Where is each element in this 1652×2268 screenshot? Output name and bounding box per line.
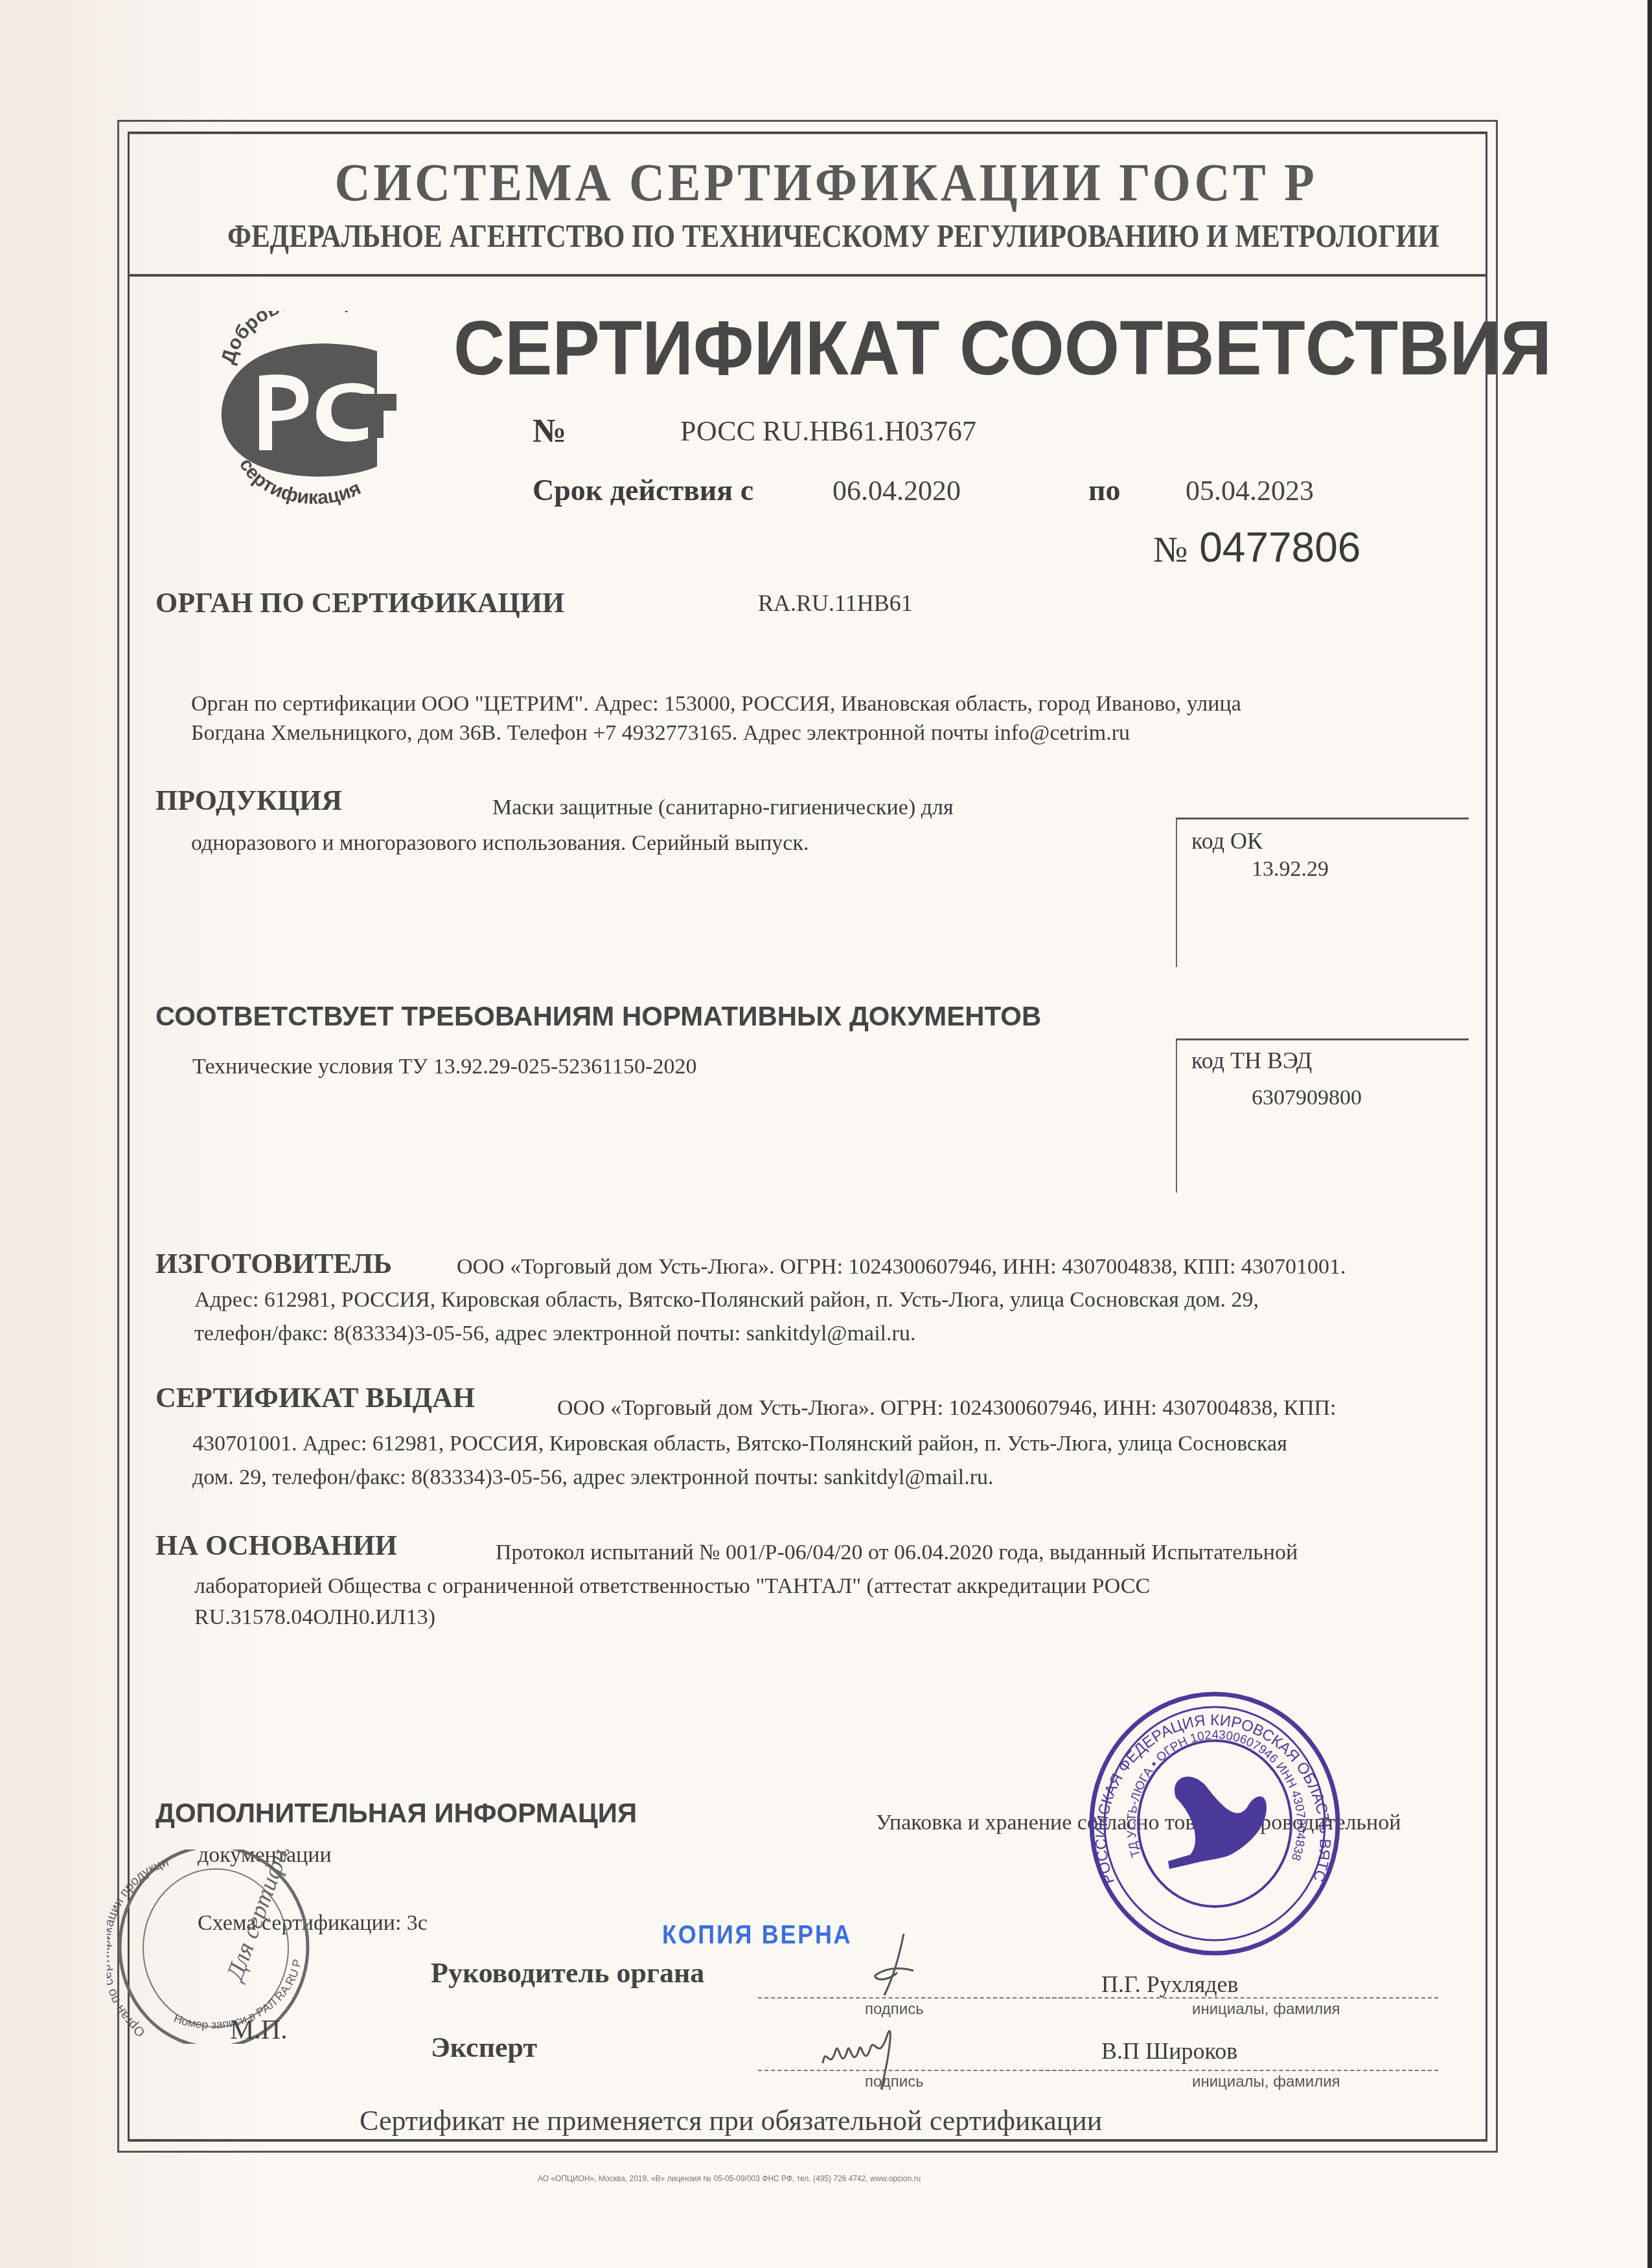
- form-number-label: №: [1153, 530, 1187, 570]
- certification-body-heading: ОРГАН ПО СЕРТИФИКАЦИИ: [155, 586, 564, 619]
- certificate-number: РОСС RU.НВ61.Н03767: [680, 415, 976, 448]
- head-signature-line: [758, 1997, 1082, 1999]
- okpd-code-box: код ОК 13.92.29: [1176, 818, 1469, 967]
- valid-from-date: 06.04.2020: [832, 474, 961, 507]
- gost-r-logo-icon: Добровольная сертификация: [207, 311, 415, 505]
- expert-label: Эксперт: [431, 2031, 537, 2064]
- header-divider: [128, 274, 1487, 277]
- agency-title: ФЕДЕРАЛЬНОЕ АГЕНТСТВО ПО ТЕХНИЧЕСКОМУ РЕ…: [227, 217, 1389, 255]
- manufacturer-line-1: ООО «Торговый дом Усть-Люга». ОГРН: 1024…: [457, 1255, 1346, 1279]
- head-of-body-label: Руководитель органа: [431, 1956, 704, 1989]
- expert-name: В.П Широков: [1101, 2037, 1237, 2065]
- copy-certified-stamp: КОПИЯ ВЕРНА: [662, 1921, 852, 1950]
- manufacturer-line-3: телефон/факс: 8(83334)3-05-56, адрес эле…: [194, 1322, 915, 1346]
- head-name-line: [1040, 1997, 1438, 1999]
- scan-edge: [1647, 0, 1652, 2268]
- product-heading: ПРОДУКЦИЯ: [155, 784, 342, 817]
- expert-signature-icon: [816, 2011, 907, 2096]
- company-seal-icon: РОССИЙСКАЯ ФЕДЕРАЦИЯ КИРОВСКАЯ ОБЛАСТЬ В…: [1079, 1688, 1351, 1963]
- okpd-code-value: 13.92.29: [1252, 857, 1329, 882]
- tnved-code-box: код ТН ВЭД 6307909800: [1176, 1038, 1469, 1193]
- form-serial-number: № 0477806: [1153, 523, 1360, 571]
- manufacturer-heading: ИЗГОТОВИТЕЛЬ: [155, 1247, 392, 1280]
- head-signature-icon: [868, 1930, 920, 2002]
- expert-name-line: [1040, 2070, 1438, 2071]
- issued-to-heading: СЕРТИФИКАТ ВЫДАН: [155, 1381, 475, 1414]
- expert-name-caption: инициалы, фамилия: [1192, 2073, 1340, 2091]
- form-number: 0477806: [1199, 524, 1360, 571]
- basis-line-1: Протокол испытаний № 001/Р-06/04/20 от 0…: [496, 1541, 1298, 1565]
- product-line-2: одноразового и многоразового использован…: [191, 831, 809, 856]
- tnved-code-label: код ТН ВЭД: [1191, 1047, 1312, 1074]
- certificate-number-label: №: [533, 412, 566, 450]
- basis-line-2: лабораторией Общества с ограниченной отв…: [194, 1574, 1150, 1599]
- head-name-caption: инициалы, фамилия: [1192, 2000, 1340, 2019]
- certification-body-code: RA.RU.11НВ61: [758, 590, 913, 617]
- basis-line-3: RU.31578.04ОЛН0.ИЛ13): [194, 1605, 435, 1630]
- expert-signature-line: [758, 2070, 1082, 2071]
- seal-placement-label: М.П.: [230, 2015, 288, 2046]
- validity-label: Срок действия с: [533, 473, 753, 507]
- compliance-heading: СООТВЕТСТВУЕТ ТРЕБОВАНИЯМ НОРМАТИВНЫХ ДО…: [155, 1001, 1041, 1032]
- okpd-code-label: код ОК: [1191, 827, 1263, 854]
- tnved-code-value: 6307909800: [1252, 1086, 1362, 1110]
- issued-to-line-3: дом. 29, телефон/факс: 8(83334)3-05-56, …: [192, 1465, 994, 1490]
- basis-heading: НА ОСНОВАНИИ: [155, 1529, 397, 1562]
- issued-to-line-2: 430701001. Адрес: 612981, РОССИЯ, Кировс…: [192, 1432, 1287, 1456]
- certification-system-title: СИСТЕМА СЕРТИФИКАЦИИ ГОСТ Р: [58, 152, 1594, 213]
- manufacturer-line-2: Адрес: 612981, РОССИЯ, Кировская область…: [194, 1288, 1259, 1312]
- valid-to-date: 05.04.2023: [1186, 474, 1314, 507]
- head-name: П.Г. Рухлядев: [1101, 1971, 1239, 1998]
- printer-imprint: АО «ОПЦИОН», Москва, 2019, «В» лицензия …: [538, 2174, 921, 2183]
- voluntary-certification-note: Сертификат не применяется при обязательн…: [360, 2104, 1102, 2137]
- additional-info-heading: ДОПОЛНИТЕЛЬНАЯ ИНФОРМАЦИЯ: [155, 1798, 637, 1829]
- certification-body-line-2: Богдана Хмельницкого, дом 36В. Телефон +…: [191, 721, 1130, 746]
- valid-to-label: по: [1088, 473, 1121, 507]
- document-title: СЕРТИФИКАТ СООТВЕТСТВИЯ: [453, 304, 1552, 393]
- product-line-1: Маски защитные (санитарно-гигиенические)…: [492, 796, 954, 820]
- svg-text:Орган по сертификации продукци: Орган по сертификации продукции ООО «ЦЕТ…: [107, 1850, 170, 2039]
- compliance-text: Технические условия ТУ 13.92.29-025-5236…: [192, 1055, 696, 1079]
- certification-body-line-1: Орган по сертификации ООО "ЦЕТРИМ". Адре…: [191, 692, 1241, 716]
- issued-to-line-1: ООО «Торговый дом Усть-Люга». ОГРН: 1024…: [557, 1396, 1336, 1421]
